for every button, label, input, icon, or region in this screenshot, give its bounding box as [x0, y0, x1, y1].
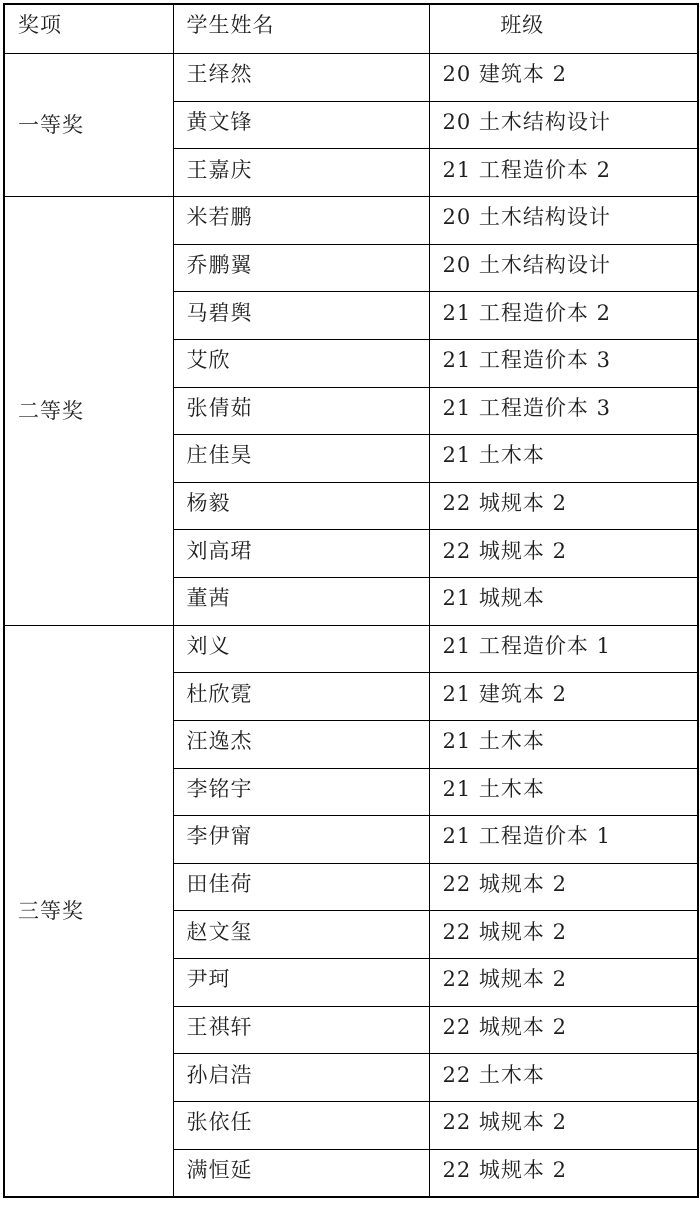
student-name-cell: 汪逸杰: [173, 720, 429, 768]
student-name-cell: 满恒延: [173, 1149, 429, 1197]
class-cell: 22 土木本: [429, 1054, 698, 1102]
award-results-table: 奖项 学生姓名 班级 一等奖 王绎然 20 建筑本 2 黄文锋 20 土木结构设…: [3, 3, 699, 1198]
table-row: 一等奖 王绎然 20 建筑本 2: [4, 54, 698, 102]
class-cell: 22 城规本 2: [429, 1149, 698, 1197]
student-name-cell: 李伊甯: [173, 816, 429, 864]
class-cell: 21 工程造价本 1: [429, 625, 698, 673]
class-cell: 21 工程造价本 1: [429, 816, 698, 864]
header-award: 奖项: [4, 4, 173, 54]
class-cell: 20 土木结构设计: [429, 101, 698, 149]
class-cell: 21 土木本: [429, 435, 698, 483]
student-name-cell: 黄文锋: [173, 101, 429, 149]
class-cell: 22 城规本 2: [429, 959, 698, 1007]
student-name-cell: 张依任: [173, 1101, 429, 1149]
student-name-cell: 王嘉庆: [173, 149, 429, 197]
table-header-row: 奖项 学生姓名 班级: [4, 4, 698, 54]
student-name-cell: 尹珂: [173, 959, 429, 1007]
table-row: 二等奖 米若鹏 20 土木结构设计: [4, 197, 698, 245]
class-cell: 20 土木结构设计: [429, 197, 698, 245]
class-cell: 22 城规本 2: [429, 863, 698, 911]
award-cell-second-prize: 二等奖: [4, 197, 173, 626]
class-cell: 21 土木本: [429, 768, 698, 816]
class-cell: 22 城规本 2: [429, 1101, 698, 1149]
student-name-cell: 庄佳昊: [173, 435, 429, 483]
student-name-cell: 杨毅: [173, 482, 429, 530]
student-name-cell: 孙启浩: [173, 1054, 429, 1102]
table-row: 三等奖 刘义 21 工程造价本 1: [4, 625, 698, 673]
class-cell: 21 建筑本 2: [429, 673, 698, 721]
class-cell: 21 城规本: [429, 578, 698, 626]
student-name-cell: 刘高珺: [173, 530, 429, 578]
student-name-cell: 董茜: [173, 578, 429, 626]
student-name-cell: 乔鹏翼: [173, 244, 429, 292]
class-cell: 21 工程造价本 3: [429, 339, 698, 387]
student-name-cell: 米若鹏: [173, 197, 429, 245]
student-name-cell: 刘义: [173, 625, 429, 673]
class-cell: 21 工程造价本 2: [429, 149, 698, 197]
class-cell: 20 建筑本 2: [429, 54, 698, 102]
student-name-cell: 艾欣: [173, 339, 429, 387]
header-student-name: 学生姓名: [173, 4, 429, 54]
class-cell: 21 土木本: [429, 720, 698, 768]
student-name-cell: 张倩茹: [173, 387, 429, 435]
student-name-cell: 王绎然: [173, 54, 429, 102]
award-cell-first-prize: 一等奖: [4, 54, 173, 197]
student-name-cell: 王祺轩: [173, 1006, 429, 1054]
award-cell-third-prize: 三等奖: [4, 625, 173, 1197]
student-name-cell: 李铭宇: [173, 768, 429, 816]
class-cell: 22 城规本 2: [429, 482, 698, 530]
class-cell: 22 城规本 2: [429, 1006, 698, 1054]
header-class: 班级: [429, 4, 698, 54]
student-name-cell: 杜欣霓: [173, 673, 429, 721]
class-cell: 20 土木结构设计: [429, 244, 698, 292]
class-cell: 21 工程造价本 3: [429, 387, 698, 435]
class-cell: 22 城规本 2: [429, 911, 698, 959]
class-cell: 22 城规本 2: [429, 530, 698, 578]
student-name-cell: 马碧舆: [173, 292, 429, 340]
student-name-cell: 田佳荷: [173, 863, 429, 911]
student-name-cell: 赵文玺: [173, 911, 429, 959]
class-cell: 21 工程造价本 2: [429, 292, 698, 340]
